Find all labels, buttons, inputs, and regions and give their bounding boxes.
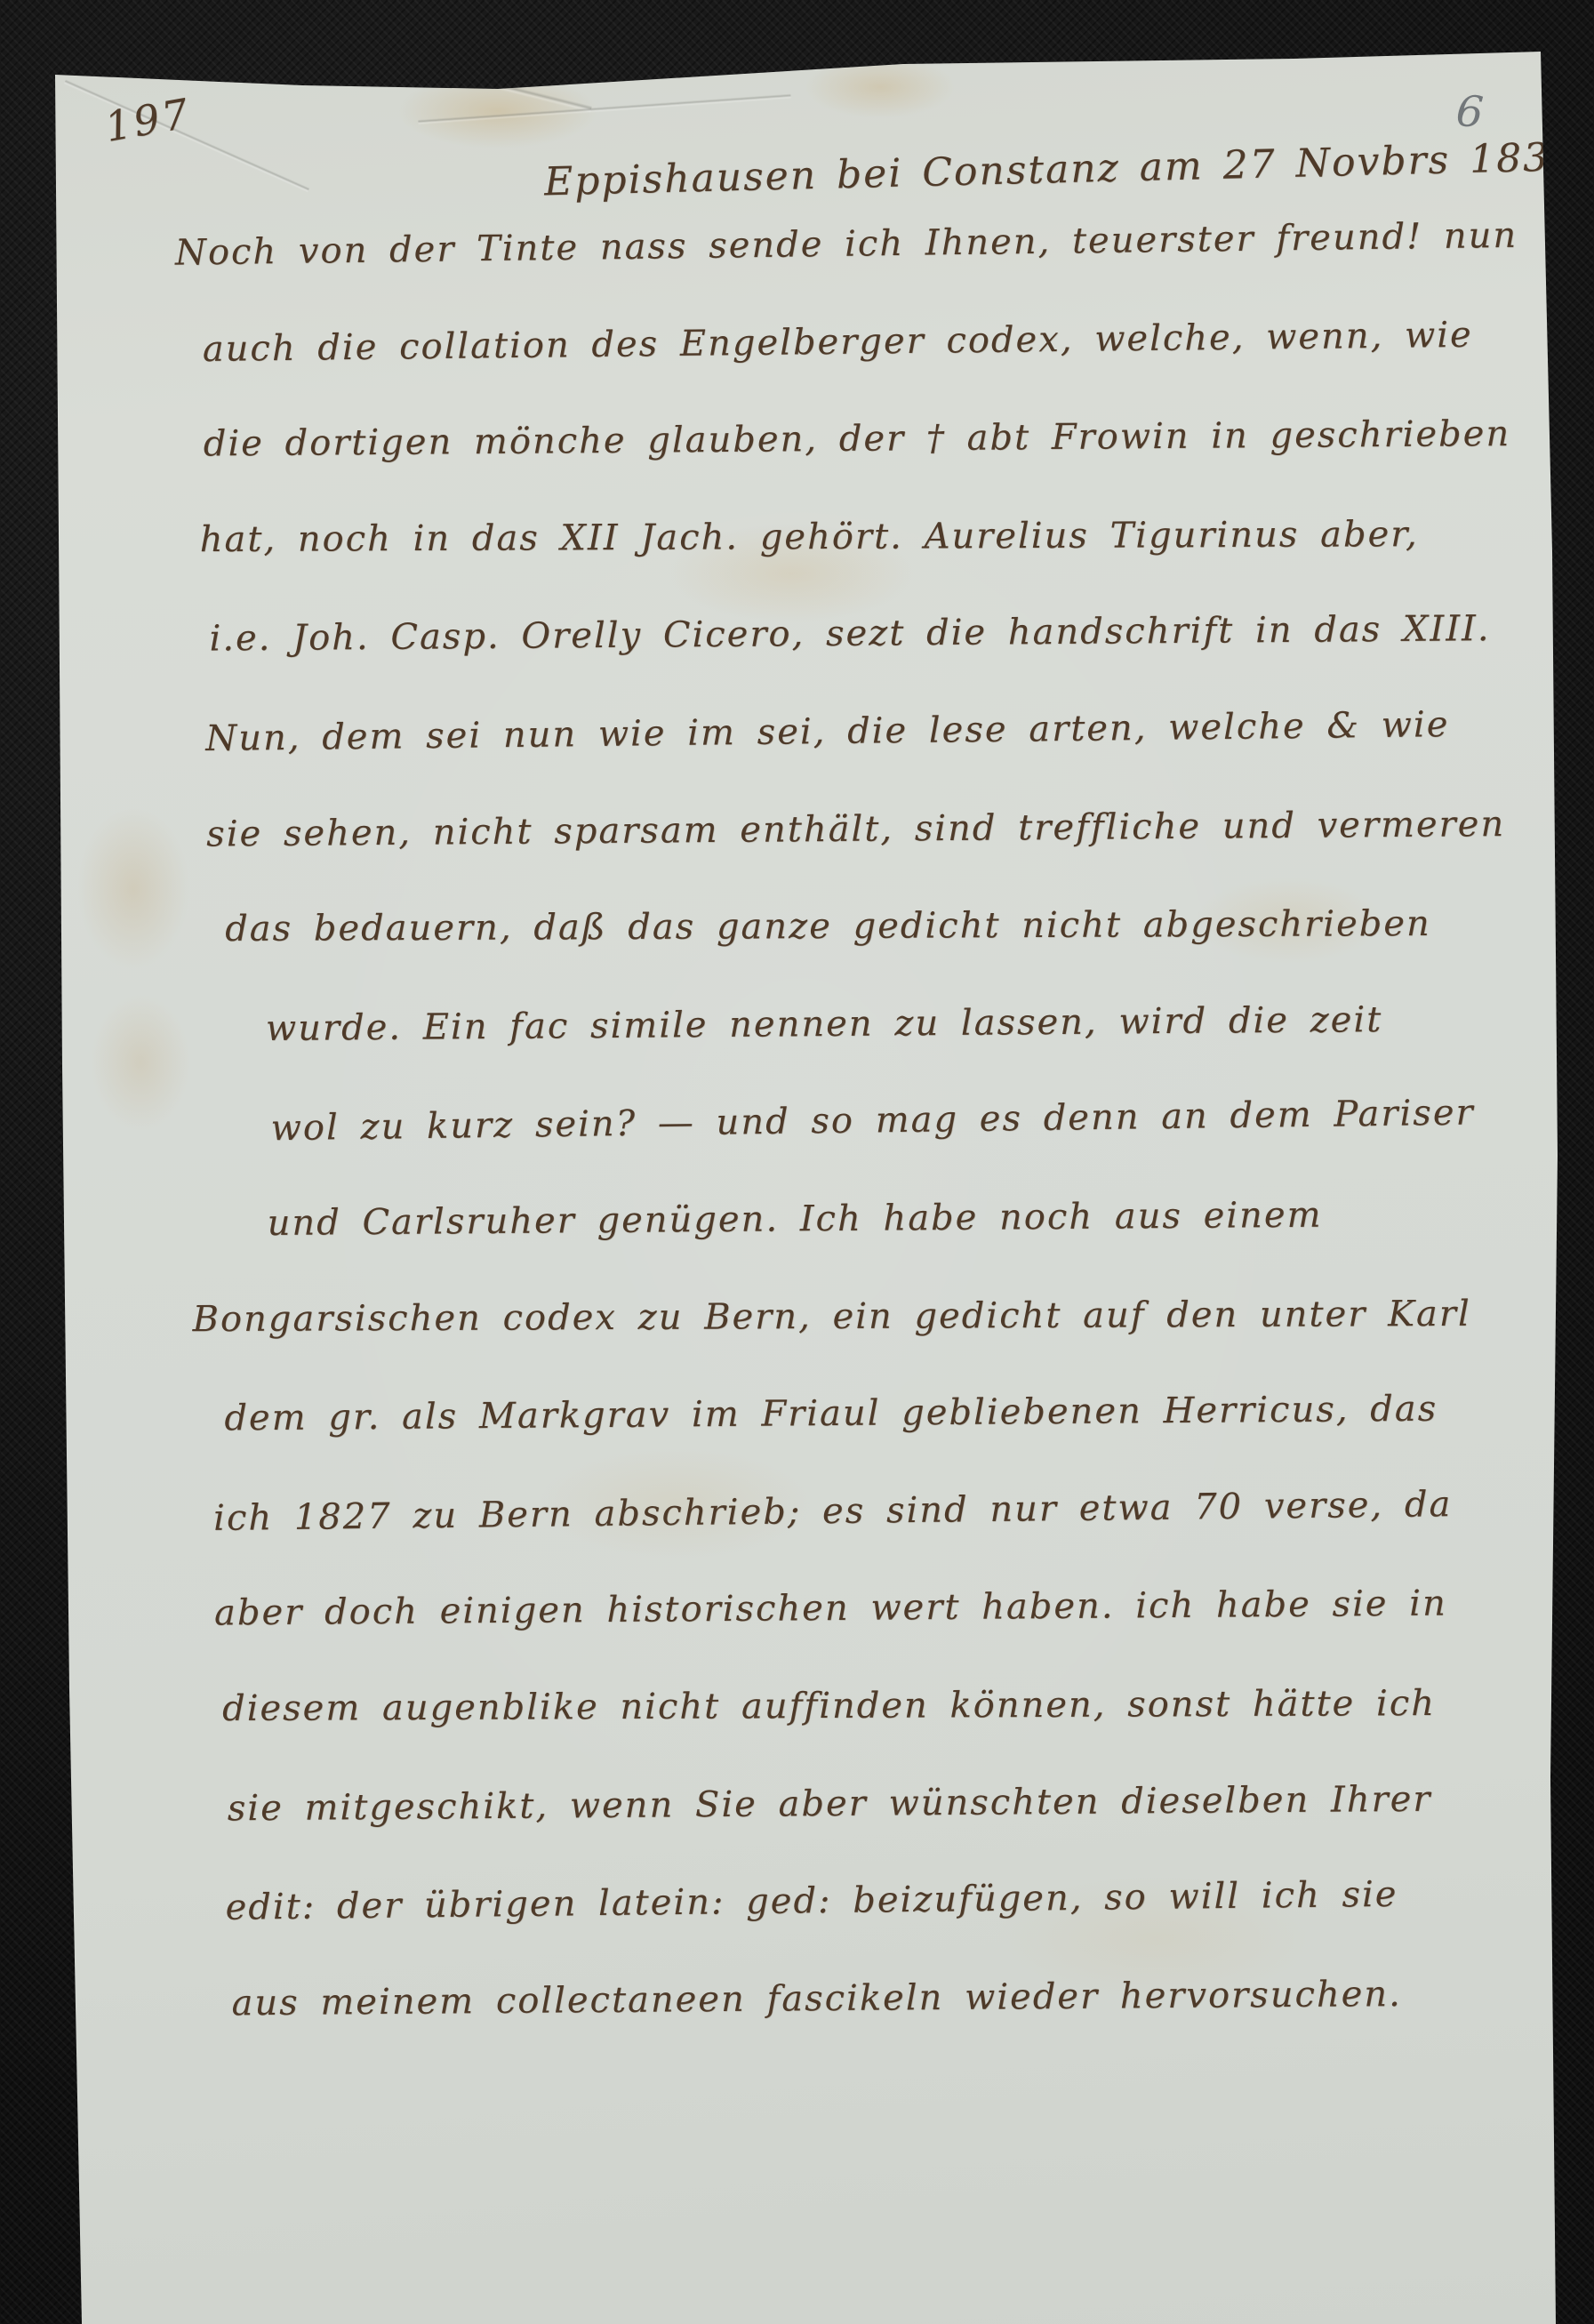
manuscript-line: wurde. Ein fac simile nennen zu lassen, …	[177, 998, 1485, 1106]
manuscript-line: wol zu kurz sein? — und so mag es denn a…	[177, 1093, 1485, 1207]
manuscript-line: ich 1827 zu Bern abschrieb; es sind nur …	[180, 1483, 1488, 1595]
manuscript-line: Noch von der Tinte nass sende ich Ihnen,…	[171, 215, 1478, 330]
manuscript-line: das bedauern, daß das ganze gedicht nich…	[176, 903, 1483, 1006]
manuscript-line: aber doch einigen historischen wert habe…	[181, 1583, 1489, 1691]
manuscript-line: sie sehen, nicht sparsam enthält, sind t…	[175, 804, 1483, 911]
folio-number-top-right: 6	[1454, 86, 1485, 138]
manuscript-line: diesem augenblike nicht auffinden können…	[182, 1683, 1489, 1786]
manuscript-line: i.e. Joh. Casp. Orelly Cicero, sezt die …	[173, 609, 1481, 717]
manuscript-line: hat, noch in das XII Jach. gehört. Aurel…	[173, 514, 1480, 617]
manuscript-line: aus meinem collectaneen fascikeln wieder…	[184, 1973, 1492, 2080]
manuscript-line: dem gr. als Markgrav im Friaul geblieben…	[180, 1388, 1487, 1495]
manuscript-line: auch die collation des Engelberger codex…	[172, 314, 1479, 426]
letter-page: 197 6 Eppishausen bei Constanz am 27 Nov…	[0, 0, 1594, 2324]
manuscript-line: die dortigen mönche glauben, der † abt F…	[172, 413, 1480, 521]
scan-background: 197 6 Eppishausen bei Constanz am 27 Nov…	[0, 0, 1594, 2324]
manuscript-line: edit: der übrigen latein: ged: beizufüge…	[183, 1873, 1491, 1985]
manuscript-line: sie mitgeschikt, wenn Sie aber wünschten…	[183, 1778, 1491, 1886]
letter-body: Noch von der Tinte nass sende ich Ihnen,…	[171, 219, 1492, 2080]
manuscript-line: Nun, dem sei nun wie im sei, die lese ar…	[174, 704, 1482, 816]
manuscript-line: und Carlsruher genügen. Ich habe noch au…	[178, 1193, 1486, 1301]
manuscript-line: Bongarsischen codex zu Bern, ein gedicht…	[179, 1293, 1486, 1396]
